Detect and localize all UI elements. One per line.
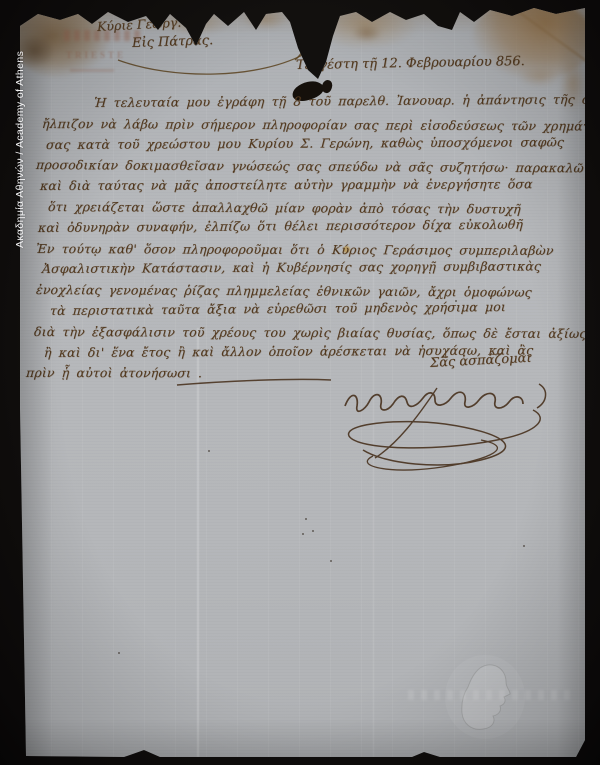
stamp-underline	[70, 69, 114, 72]
ink-speck	[305, 518, 307, 520]
handwritten-line: Ἡ τελευταία μου ἐγράφη τῇ 8 τοῦ παρελθ. …	[93, 90, 582, 114]
ink-speck	[312, 530, 314, 532]
ink-speck	[330, 560, 332, 562]
stain-top-center	[320, 10, 420, 50]
handwritten-line: σας κατὰ τοῦ χρεώστου μου Κυρίου Σ. Γερώ…	[45, 132, 582, 156]
handwritten-line: τὰ περιστατικὰ ταῦτα ἄξια νὰ εὑρεθῶσι το…	[49, 296, 582, 321]
stain-top-right-lobe	[518, 66, 562, 88]
archive-watermark: Ακαδημία Αθηνών / Academy of Athens	[14, 24, 26, 248]
dateline: Τεργέστη τῇ 12. Φεβρουαρίου 856.	[296, 54, 525, 73]
ink-speck	[118, 652, 120, 654]
stain-top-edge-2	[242, 8, 288, 30]
paper: TRIESTE Κύριε Γεωργ. Εἰς Πάτρας. Τεργέστ…	[20, 8, 585, 757]
handwritten-line: καὶ διὰ ταύτας νὰ μᾶς ἀποστείλητε αὐτὴν …	[39, 174, 582, 197]
ink-speck	[523, 545, 525, 547]
handwritten-line: καὶ ὀδυνηρὰν συναφήν, ἐλπίζω ὅτι θέλει π…	[37, 214, 582, 239]
stain-top-center-core	[352, 24, 382, 42]
recipient-name: Κύριε Γεωργ.	[97, 15, 182, 34]
stamp-illegible-line	[64, 30, 142, 41]
paren-flourish	[292, 14, 314, 64]
recipient-city: Εἰς Πάτρας.	[132, 33, 214, 51]
ink-speck	[302, 533, 304, 535]
ink-speck	[208, 450, 210, 452]
scanned-letter-photo: TRIESTE Κύριε Γεωργ. Εἰς Πάτρας. Τεργέστ…	[0, 0, 600, 765]
letter-body: Ἡ τελευταία μου ἐγράφη τῇ 8 τοῦ παρελθ. …	[36, 93, 581, 384]
fold-crease-left	[197, 328, 199, 757]
handwritten-line: Ἀσφαλιστικὴν Κατάστασιν, καὶ ἡ Κυβέρνησί…	[41, 257, 582, 281]
seal-arc-emboss	[408, 690, 576, 700]
stain-top-edge-1	[160, 10, 230, 36]
stamp-city-label: TRIESTE	[66, 50, 162, 60]
